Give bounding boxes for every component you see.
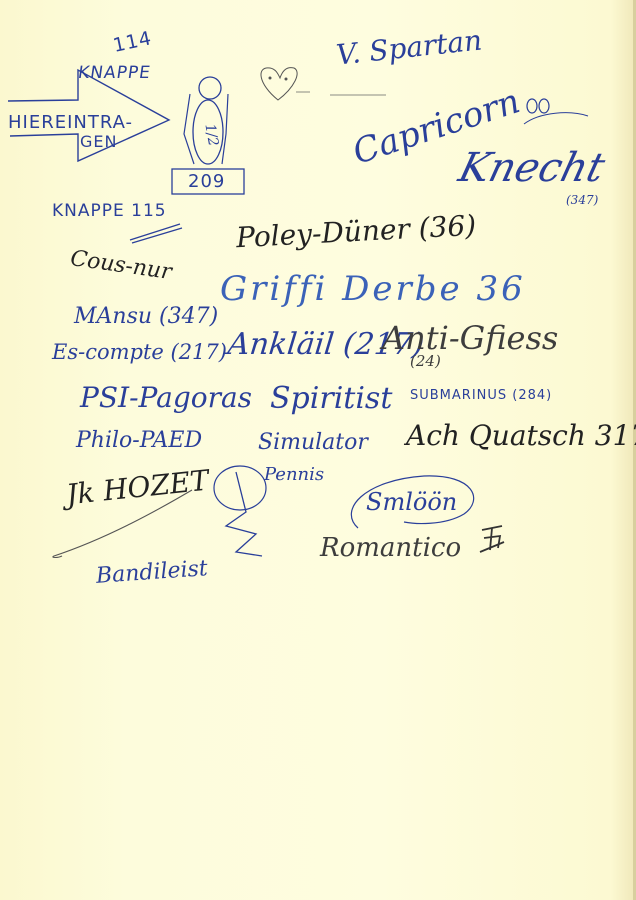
arrow-text-line1: HIEREINTRA- [8, 114, 133, 132]
entry-simulator: Simulator [258, 432, 368, 454]
entry-mansu: MAnsu (347) [74, 306, 218, 328]
heart-sketch-icon [250, 62, 390, 112]
entry-submarinus: SUBMARINUS (284) [410, 389, 552, 402]
entry-knecht: Knecht [455, 148, 609, 188]
entry-smloeoen: Smlöön [366, 490, 457, 514]
owl-perch-number: 209 [188, 173, 225, 191]
entry-romantico: Romantico [320, 535, 461, 561]
arrow-name: KNAPPE [77, 65, 152, 82]
entry-anti-gfiess: Anti-Gfiess [382, 322, 558, 354]
entry-spiritist: Spiritist [270, 384, 392, 414]
document-page: 114 KNAPPE HIEREINTRA- GEN 1/2 209 V. Sp… [0, 0, 636, 900]
hozett-underline-icon [48, 488, 198, 560]
entry-poley-duener: Poley-Düner (36) [235, 212, 476, 253]
entry-ach-quatsch: Ach Quatsch 317 [406, 422, 636, 450]
entry-philo-paed: Philo-PAED [76, 430, 202, 452]
entry-griffi-derbe: Griffi Derbe 36 [220, 272, 526, 306]
entry-cous-nur: Cous-nur [69, 248, 173, 284]
entry-bandileist: Bandileist [95, 558, 208, 588]
arrow-number: 114 [111, 29, 153, 56]
romantico-glyph-icon [478, 524, 506, 554]
double-underline-icon [128, 222, 184, 244]
entry-knecht-number: (347) [566, 194, 598, 206]
entry-knappe-115: KNAPPE 115 [52, 203, 167, 220]
entry-anti-gfiess-number: (24) [410, 354, 441, 369]
entry-pennis: Pennis [264, 466, 324, 484]
arrow-text-line2: GEN [80, 134, 117, 150]
entry-es-compte: Es-compte (217) [52, 342, 227, 363]
entry-v-spartan: V. Spartan [335, 26, 483, 69]
entry-psi-pagoras: PSI-Pagoras [80, 384, 252, 412]
bug-doodle-icon [520, 92, 590, 132]
owl-label: 1/2 [202, 123, 220, 148]
